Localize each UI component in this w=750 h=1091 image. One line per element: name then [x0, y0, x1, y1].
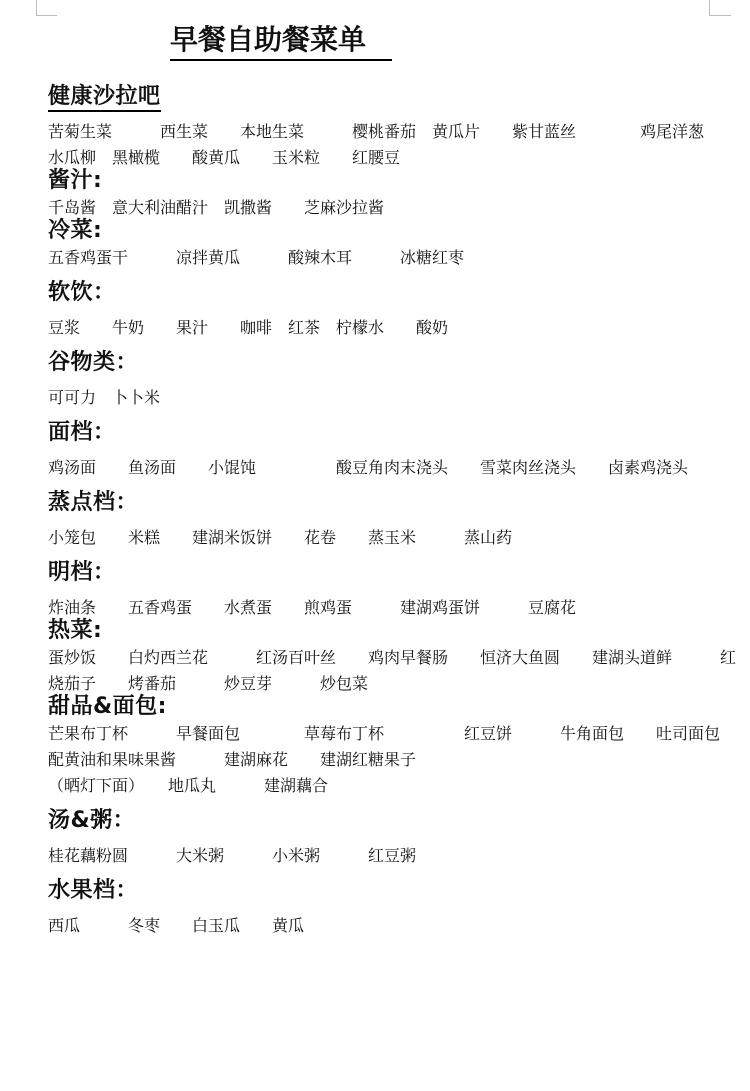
menu-line: 可可力 卜卜米	[48, 385, 713, 411]
menu-line: 配黄油和果味果酱 建湖麻花 建湖红糖果子	[48, 747, 713, 773]
section-heading: 酱汁:	[48, 167, 713, 195]
section-heading: 甜品&面包:	[48, 693, 713, 721]
section-soup-and-congee: 汤&粥： 桂花藕粉圆 大米粥 小米粥 红豆粥	[48, 807, 713, 869]
section-cereals: 谷物类： 可可力 卜卜米	[48, 349, 713, 411]
menu-line: 豆浆 牛奶 果汁 咖啡 红茶 柠檬水 酸奶	[48, 315, 713, 341]
page-margin-mark-left-icon	[36, 0, 57, 16]
section-heading: 健康沙拉吧	[48, 83, 713, 111]
menu-line: 桂花藕粉圆 大米粥 小米粥 红豆粥	[48, 843, 713, 869]
menu-content: 早餐自助餐菜单 健康沙拉吧 苦菊生菜 西生菜 本地生菜 樱桃番茄 黄瓜片 紫甘蓝…	[48, 22, 713, 939]
section-heading: 谷物类：	[48, 349, 713, 377]
section-steamed-station: 蒸点档： 小笼包 米糕 建湖米饭饼 花卷 蒸玉米 蒸山药	[48, 489, 713, 551]
section-heading: 面档：	[48, 419, 713, 447]
menu-line: （晒灯下面） 地瓜丸 建湖藕合	[48, 773, 713, 799]
section-noodle-station: 面档： 鸡汤面 鱼汤面 小馄饨 酸豆角肉末浇头 雪菜肉丝浇头 卤素鸡浇头	[48, 419, 713, 481]
document-title: 早餐自助餐菜单	[170, 22, 392, 61]
section-heading: 汤&粥：	[48, 807, 713, 835]
section-cold-dishes: 冷菜: 五香鸡蛋干 凉拌黄瓜 酸辣木耳 冰糖红枣	[48, 217, 713, 271]
document-title-row: 早餐自助餐菜单	[48, 22, 713, 61]
section-fruit-station: 水果档： 西瓜 冬枣 白玉瓜 黄瓜	[48, 877, 713, 939]
section-heading: 明档：	[48, 559, 713, 587]
menu-line: 芒果布丁杯 早餐面包 草莓布丁杯 红豆饼 牛角面包 吐司面包	[48, 721, 713, 747]
title-underline-tail	[366, 47, 392, 49]
menu-line: 蛋炒饭 白灼西兰花 红汤百叶丝 鸡肉早餐肠 恒济大鱼圆 建湖头道鲜 红	[48, 645, 713, 671]
menu-line: 五香鸡蛋干 凉拌黄瓜 酸辣木耳 冰糖红枣	[48, 245, 713, 271]
menu-line: 小笼包 米糕 建湖米饭饼 花卷 蒸玉米 蒸山药	[48, 525, 713, 551]
section-hot-dishes: 热菜: 蛋炒饭 白灼西兰花 红汤百叶丝 鸡肉早餐肠 恒济大鱼圆 建湖头道鲜 红 …	[48, 617, 713, 697]
section-heading: 水果档：	[48, 877, 713, 905]
section-heading: 冷菜:	[48, 217, 713, 245]
section-sauces: 酱汁: 千岛酱 意大利油醋汁 凯撒酱 芝麻沙拉酱	[48, 167, 713, 221]
section-heading: 蒸点档：	[48, 489, 713, 517]
section-heading: 软饮：	[48, 279, 713, 307]
section-live-cooking-station: 明档： 炸油条 五香鸡蛋 水煮蛋 煎鸡蛋 建湖鸡蛋饼 豆腐花	[48, 559, 713, 621]
section-soft-drinks: 软饮： 豆浆 牛奶 果汁 咖啡 红茶 柠檬水 酸奶	[48, 279, 713, 341]
section-health-salad-bar: 健康沙拉吧 苦菊生菜 西生菜 本地生菜 樱桃番茄 黄瓜片 紫甘蓝丝 鸡尾洋葱 水…	[48, 83, 713, 171]
section-heading: 热菜:	[48, 617, 713, 645]
section-dessert-and-bread: 甜品&面包: 芒果布丁杯 早餐面包 草莓布丁杯 红豆饼 牛角面包 吐司面包 配黄…	[48, 693, 713, 799]
page-margin-mark-right-icon	[709, 0, 731, 16]
menu-line: 鸡汤面 鱼汤面 小馄饨 酸豆角肉末浇头 雪菜肉丝浇头 卤素鸡浇头	[48, 455, 713, 481]
document-title-text: 早餐自助餐菜单	[170, 23, 366, 56]
menu-line: 西瓜 冬枣 白玉瓜 黄瓜	[48, 913, 713, 939]
menu-line: 苦菊生菜 西生菜 本地生菜 樱桃番茄 黄瓜片 紫甘蓝丝 鸡尾洋葱	[48, 119, 713, 145]
